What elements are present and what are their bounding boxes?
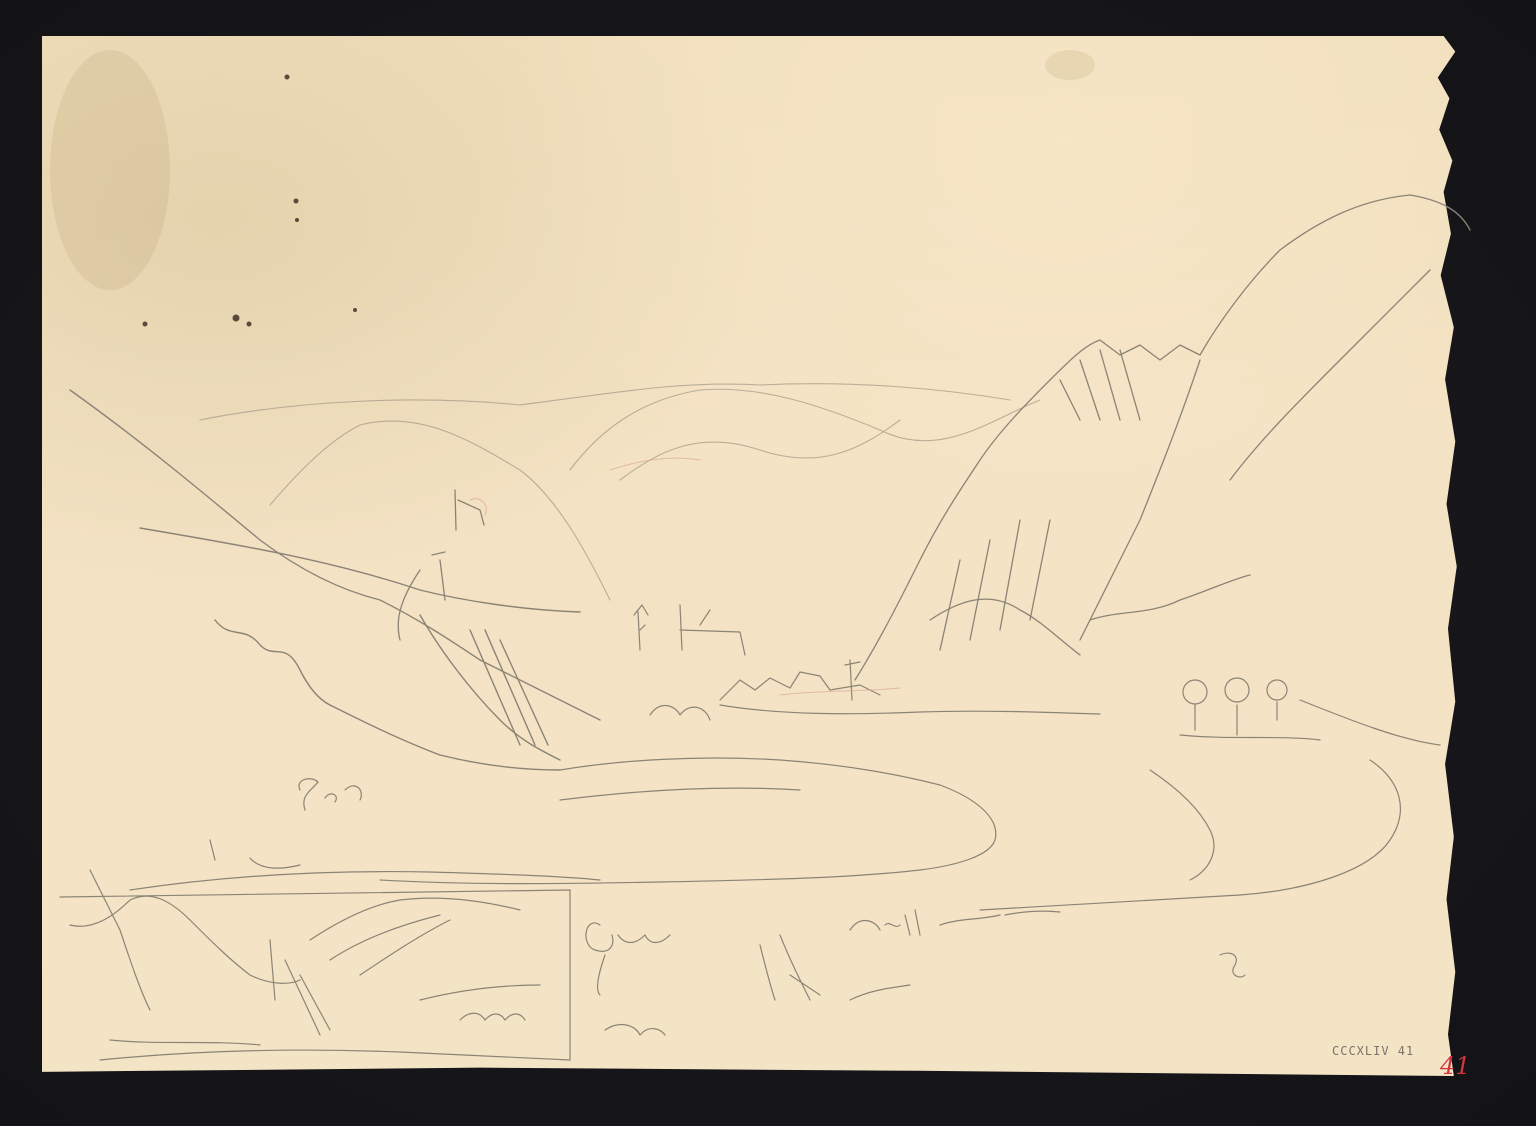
foxing-spots (143, 75, 358, 327)
folio-number: 41 (1440, 1052, 1471, 1080)
inset-framed-sketch (60, 870, 570, 1060)
distant-hills (200, 384, 1040, 600)
red-crayon-marks (470, 458, 900, 695)
pencil-sketch-drawing (0, 0, 1536, 1126)
trees (1180, 678, 1440, 745)
left-hillside (70, 390, 600, 770)
catalog-stamp: CCCXLIV 41 (1332, 1044, 1414, 1058)
village (634, 605, 1100, 720)
castle-ruin (398, 490, 484, 640)
water-stain (50, 50, 1095, 290)
right-cliffs (855, 195, 1470, 680)
river (130, 758, 1400, 910)
handwritten-notes (299, 779, 1245, 1035)
